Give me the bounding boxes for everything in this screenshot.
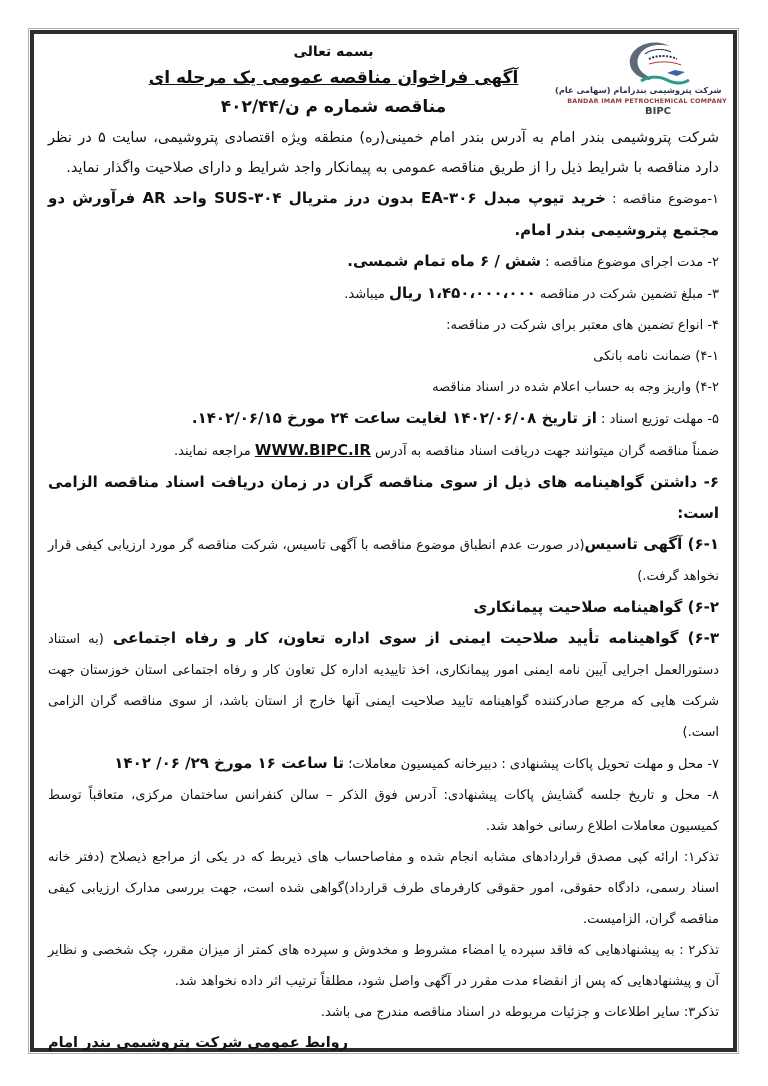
item-4-2-text: ۴-۲) واریز وجه به حساب اعلام شده در اسنا… <box>432 380 719 395</box>
item-4-text: ۴- انواع تضمین های معتبر برای شرکت در من… <box>446 318 719 333</box>
note-1: تذکر۱: ارائه کپی مصدق قراردادهای مشابه ا… <box>48 842 719 935</box>
item-3-suffix: میباشد. <box>344 287 389 302</box>
tender-number: مناقصه شماره م ن/۴۰۲/۴۴ <box>48 97 619 117</box>
item-6-3-safety-certificate: ۶-۳) گواهینامه تأیید صلاحیت ایمنی از سوی… <box>48 623 719 748</box>
intro-paragraph: شرکت پتروشیمی بندر امام به آدرس بندر اما… <box>48 123 719 183</box>
item-6-3-title: ۶-۳) گواهینامه تأیید صلاحیت ایمنی از سوی… <box>104 629 719 647</box>
item-3-label: ۳- مبلغ تضمین شرکت در مناقصه <box>536 287 719 302</box>
item-1-subject: ۱-موضوع مناقصه : خرید تیوپ مبدل EA-‎۳۰۶ … <box>48 183 719 246</box>
website-note: ضمناً مناقصه گران میتوانند جهت دریافت اس… <box>48 435 719 467</box>
item-2-value: شش / ۶ ماه تمام شمسی. <box>347 252 541 270</box>
company-name-farsi: شرکت پتروشیمی بندرامام (سهامی عام) <box>595 86 722 96</box>
item-2-duration: ۲- مدت اجرای موضوع مناقصه : شش / ۶ ماه ت… <box>48 246 719 278</box>
company-abbreviation: BIPC <box>589 106 727 119</box>
public-relations-signature: روابط عمومی شرکت پتروشیمی بندر امام <box>48 1028 719 1058</box>
note-3: تذکر۳: سایر اطلاعات و جزئیات مربوطه در ا… <box>48 997 719 1028</box>
item-4-1-text: ۴-۱) ضمانت نامه بانکی <box>593 349 719 364</box>
item-4-1-bank-guarantee: ۴-۱) ضمانت نامه بانکی <box>48 341 719 372</box>
item-5-dates: از تاریخ ۱۴۰۲/۰۶/۰۸ لغایت ساعت ۲۴ مورخ ۱… <box>192 409 597 427</box>
item-3-guarantee-amount: ۳- مبلغ تضمین شرکت در مناقصه ۱،۴۵۰،۰۰۰،۰… <box>48 278 719 310</box>
item-8-opening-session: ۸- محل و تاریخ جلسه گشایش پاکات پیشنهادی… <box>48 780 719 842</box>
item-6-1-establishment-notice: ۶-۱) آگهی تاسیس(در صورت عدم انطباق موضوع… <box>48 529 719 592</box>
item-6-certificates: ۶- داشتن گواهینامه های ذیل از سوی مناقصه… <box>48 467 719 529</box>
intro-text: شرکت پتروشیمی بندر امام به آدرس بندر اما… <box>48 130 719 176</box>
item-5-distribution-deadline: ۵- مهلت توزیع اسناد : از تاریخ ۱۴۰۲/۰۶/۰… <box>48 403 719 435</box>
note-1-text: تذکر۱: ارائه کپی مصدق قراردادهای مشابه ا… <box>48 850 719 927</box>
website-url[interactable]: WWW.BIPC.IR <box>255 441 371 459</box>
item-7-label: ۷- محل و مهلت تحویل پاکات پیشنهادی : دبی… <box>344 757 719 772</box>
item-6-1-title: ۶-۱) آگهی تاسیس <box>585 535 719 553</box>
item-4-2-deposit: ۴-۲) واریز وجه به حساب اعلام شده در اسنا… <box>48 372 719 403</box>
website-note-prefix: ضمناً مناقصه گران میتوانند جهت دریافت اس… <box>371 444 719 459</box>
bipc-logo-swoosh-icon <box>619 40 697 86</box>
bismillah-text: بسمه تعالی <box>48 44 619 60</box>
item-2-label: ۲- مدت اجرای موضوع مناقصه : <box>541 255 719 270</box>
tender-body: شرکت پتروشیمی بندر امام به آدرس بندر اما… <box>48 123 719 1058</box>
item-7-submission-deadline: ۷- محل و مهلت تحویل پاکات پیشنهادی : دبی… <box>48 748 719 780</box>
document-border-frame: شرکت پتروشیمی بندرامام (سهامی عام) BANDA… <box>30 30 737 1052</box>
item-5-label: ۵- مهلت توزیع اسناد : <box>597 412 719 427</box>
item-1-label: ۱-موضوع مناقصه : <box>606 192 719 207</box>
item-6-2-contractor-certificate: ۶-۲) گواهینامه صلاحیت پیمانکاری <box>48 592 719 623</box>
note-3-text: تذکر۳: سایر اطلاعات و جزئیات مربوطه در ا… <box>321 1005 719 1020</box>
company-name-english: BANDAR IMAM PETROCHEMICAL COMPANY <box>589 97 727 105</box>
note-2-text: تذکر۲ : به پیشنهادهایی که فاقد سپرده یا … <box>48 943 719 989</box>
document-header: بسمه تعالی آگهی فراخوان مناقصه عمومی یک … <box>48 44 619 117</box>
item-6-3-note: (به استناد دستورالعمل اجرایی آیین نامه ا… <box>48 632 719 740</box>
item-8-text: ۸- محل و تاریخ جلسه گشایش پاکات پیشنهادی… <box>48 788 719 834</box>
item-4-guarantee-types: ۴- انواع تضمین های معتبر برای شرکت در من… <box>48 310 719 341</box>
item-3-amount: ۱،۴۵۰،۰۰۰،۰۰۰ ریال <box>389 284 536 302</box>
item-6-text: ۶- داشتن گواهینامه های ذیل از سوی مناقصه… <box>48 473 719 522</box>
website-note-suffix: مراجعه نمایند. <box>174 444 255 459</box>
item-7-deadline: تا ساعت ۱۶ مورخ ۲۹/ ۰۶/ ۱۴۰۲ <box>114 754 344 772</box>
company-logo: شرکت پتروشیمی بندرامام (سهامی عام) BANDA… <box>589 40 727 119</box>
note-2: تذکر۲ : به پیشنهادهایی که فاقد سپرده یا … <box>48 935 719 997</box>
item-6-2-text: ۶-۲) گواهینامه صلاحیت پیمانکاری <box>473 598 719 616</box>
page-title: آگهی فراخوان مناقصه عمومی یک مرحله ای <box>48 68 619 88</box>
